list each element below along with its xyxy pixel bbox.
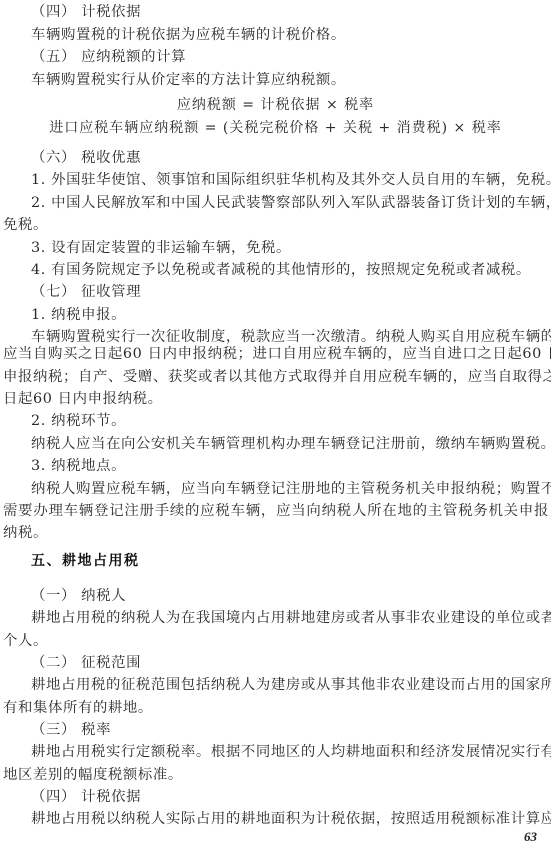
paragraph-line: 2. 纳税环节。 [31,412,549,430]
paragraph-line: 申报纳税；自产、受赠、获奖或者以其他方式取得并自用应税车辆的，应当自取得之 [3,368,549,386]
paragraph-line: 4. 有国务院规定予以免税或者减税的其他情形的，按照规定免税或者减税。 [31,261,549,279]
paragraph-line: 应当自购买之日起60 日内申报纳税；进口自用应税车辆的，应当自进口之日起60 日… [3,345,549,363]
paragraph-line: 有和集体所有的耕地。 [3,699,549,717]
paragraph-line: （四） 计税依据 [31,3,549,21]
paragraph-line: 耕地占用税的纳税人为在我国境内占用耕地建房或者从事非农业建设的单位或者 [31,609,549,627]
paragraph-line: 纳税人购置应税车辆，应当向车辆登记注册地的主管税务机关申报纳税；购置不 [31,480,549,498]
paragraph-line: 3. 纳税地点。 [31,457,549,475]
paragraph-line: 3. 设有固定装置的非运输车辆，免税。 [31,239,549,257]
formula-line: 进口应税车辆应纳税额 = (关税完税价格 + 关税 + 消费税) × 税率 [0,119,551,137]
paragraph-line: （一） 纳税人 [31,587,549,605]
paragraph-line: 1. 纳税申报。 [31,306,549,324]
paragraph-line: 免税。 [3,216,549,234]
paragraph-line: 车辆购置税实行从价定率的方法计算应纳税额。 [31,71,549,89]
section-heading: 五、耕地占用税 [31,552,549,570]
paragraph-line: 个人。 [3,632,549,650]
paragraph-line: 车辆购置税的计税依据为应税车辆的计税价格。 [31,26,549,44]
paragraph-line: （五） 应纳税额的计算 [31,48,549,66]
paragraph-line: （三） 税率 [31,721,549,739]
paragraph-line: 纳税。 [3,524,549,542]
paragraph-line: （四） 计税依据 [31,788,549,806]
paragraph-line: 需要办理车辆登记注册手续的应税车辆，应当向纳税人所在地的主管税务机关申报 [3,502,549,520]
paragraph-line: 1. 外国驻华使馆、领事馆和国际组织驻华机构及其外交人员自用的车辆，免税。 [31,171,549,189]
paragraph-line: 地区差别的幅度税额标准。 [3,766,549,784]
paragraph-line: （七） 征收管理 [31,283,549,301]
paragraph-line: （六） 税收优惠 [31,149,549,167]
paragraph-line: 耕地占用税实行定额税率。根据不同地区的人均耕地面积和经济发展情况实行有 [31,743,549,761]
formula-line: 应纳税额 = 计税依据 × 税率 [0,96,551,114]
paragraph-line: 耕地占用税的征税范围包括纳税人为建房或从事其他非农业建设而占用的国家所 [31,676,549,694]
paragraph-line: 耕地占用税以纳税人实际占用的耕地面积为计税依据，按照适用税额标准计算应 [31,810,549,828]
paragraph-line: 日起60 日内申报纳税。 [3,390,549,408]
paragraph-line: （二） 征税范围 [31,654,549,672]
paragraph-line: 车辆购置税实行一次征收制度，税款应当一次缴清。纳税人购买自用应税车辆的， [31,328,549,346]
page-number: 63 [524,829,537,845]
paragraph-line: 2. 中国人民解放军和中国人民武装警察部队列入军队武器装备订货计划的车辆， [31,194,549,212]
paragraph-line: 纳税人应当在向公安机关车辆管理机构办理车辆登记注册前，缴纳车辆购置税。 [31,435,549,453]
